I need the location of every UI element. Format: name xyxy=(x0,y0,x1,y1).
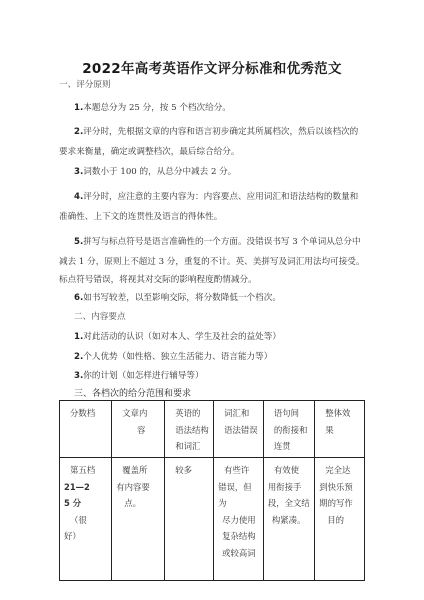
document-title: 2022年高考英语作文评分标准和优秀范文 xyxy=(0,57,424,77)
table-header-row: 分数档 文章内 容 英语的 语法结构 和词汇 词汇和 语法错误 语句间 的衔接和… xyxy=(60,401,365,458)
cell-overall: 完全达 到快乐预 期的写作 目的 xyxy=(315,458,365,581)
cell-content: 覆盖所 有内容要 点。 xyxy=(112,458,165,581)
principle-5-cont-1: 减去 1 分，原则上不超过 3 分，重复的不计。英、美拼写及词汇用法均可接受。 xyxy=(59,255,364,267)
header-cell-cohesion: 语句间 的衔接和 连贯 xyxy=(263,401,314,458)
header-cell-errors: 词汇和 语法错误 xyxy=(214,401,264,458)
principle-2: 2.评分时，先根据文章的内容和语言初步确定其所属档次，然后以该档次的 xyxy=(74,125,358,137)
principle-3: 3.词数小于 100 的，从总分中减去 2 分。 xyxy=(74,165,236,177)
section-heading-content-points: 二、内容要点 xyxy=(74,310,126,322)
cell-errors: 有些许 错误，但为 尽力使用 复杂结构 或较高词 xyxy=(214,458,264,581)
section-heading-grade-bands: 三、各档次的给分范围和要求 xyxy=(74,386,191,399)
grade-table: 分数档 文章内 容 英语的 语法结构 和词汇 词汇和 语法错误 语句间 的衔接和… xyxy=(59,400,365,581)
cell-grammar-vocab: 较多 xyxy=(165,458,214,581)
section-heading-scoring-principles: 一、评分原则 xyxy=(59,78,111,90)
header-cell-grade: 分数档 xyxy=(60,401,112,458)
principle-4: 4.评分时，应注意的主要内容为：内容要点、应用词汇和语法结构的数量和 xyxy=(74,190,358,202)
document-page: 2022年高考英语作文评分标准和优秀范文 一、评分原则 1.本题总分为 25 分… xyxy=(0,0,424,600)
principle-2-cont: 要求来衡量，确定或调整档次，最后综合给分。 xyxy=(59,145,239,157)
principle-5-cont-2: 标点符号错误，将视其对交际的影响程度酌情减分。 xyxy=(59,273,257,285)
content-point-2: 2.个人优势（如性格、独立生活能力、语言能力等） xyxy=(74,350,272,362)
cell-grade-band: 第五档 21—2 5 分 （很 好） xyxy=(60,458,112,581)
content-point-1: 1.对此活动的认识（如对本人、学生及社会的益处等） xyxy=(74,330,281,342)
content-point-3: 3.你的计划（如怎样进行辅导等） xyxy=(74,369,204,381)
header-cell-overall: 整体效 果 xyxy=(315,401,365,458)
principle-1: 1.本题总分为 25 分，按 5 个档次给分。 xyxy=(74,101,231,113)
header-cell-content: 文章内 容 xyxy=(112,401,165,458)
header-cell-grammar-vocab: 英语的 语法结构 和词汇 xyxy=(165,401,214,458)
table-row: 第五档 21—2 5 分 （很 好） 覆盖所 有内容要 点。 较多 有些许 错误… xyxy=(60,458,365,581)
cell-cohesion: 有效使 用衔接手 段，全文结 构紧凑。 xyxy=(263,458,314,581)
principle-4-cont: 准确性、上下文的连贯性及语言的得体性。 xyxy=(59,210,222,222)
principle-5: 5.拼写与标点符号是语言准确性的一个方面。没错误书写 3 个单词从总分中 xyxy=(74,235,361,247)
principle-6: 6.如书写较差，以至影响交际，将分数降低一个档次。 xyxy=(74,291,281,303)
